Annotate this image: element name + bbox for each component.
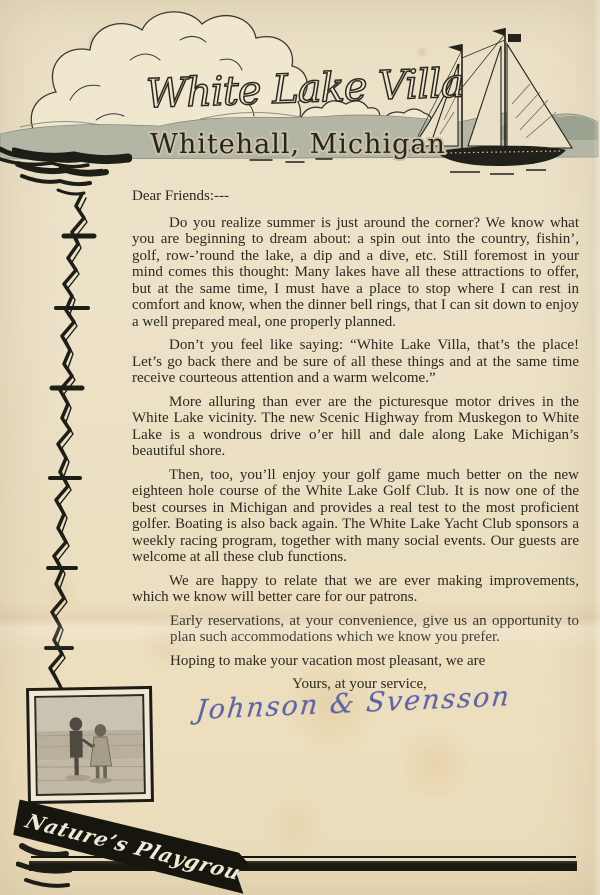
letter-paragraph: Then, too, you’ll enjoy your golf game m… xyxy=(132,467,579,566)
page-subtitle: Whitehall, Michigan xyxy=(150,129,446,160)
salutation: Dear Friends:--- xyxy=(132,188,579,205)
letter-paragraph: We are happy to relate that we are ever … xyxy=(132,573,579,606)
beach-photo xyxy=(34,694,146,796)
ink-reflection-decoration xyxy=(12,146,132,706)
letter-page: White Lake Villa Whitehall, Michigan Dea… xyxy=(0,0,600,895)
letter-paragraph: More alluring than ever are the pictures… xyxy=(132,394,579,460)
letter-paragraph: Do you realize summer is just around the… xyxy=(132,215,579,331)
letter-paragraph: Hoping to make your vacation most pleasa… xyxy=(132,653,579,670)
letter-paragraph: Early reservations, at your convenience,… xyxy=(132,613,579,646)
letter-text: Dear Friends:--- Do you realize summer i… xyxy=(132,188,579,759)
letter-paragraph: Don’t you feel like saying: “White Lake … xyxy=(132,337,579,387)
beach-photo-frame xyxy=(26,686,154,804)
footer-rule-thick xyxy=(29,861,577,871)
